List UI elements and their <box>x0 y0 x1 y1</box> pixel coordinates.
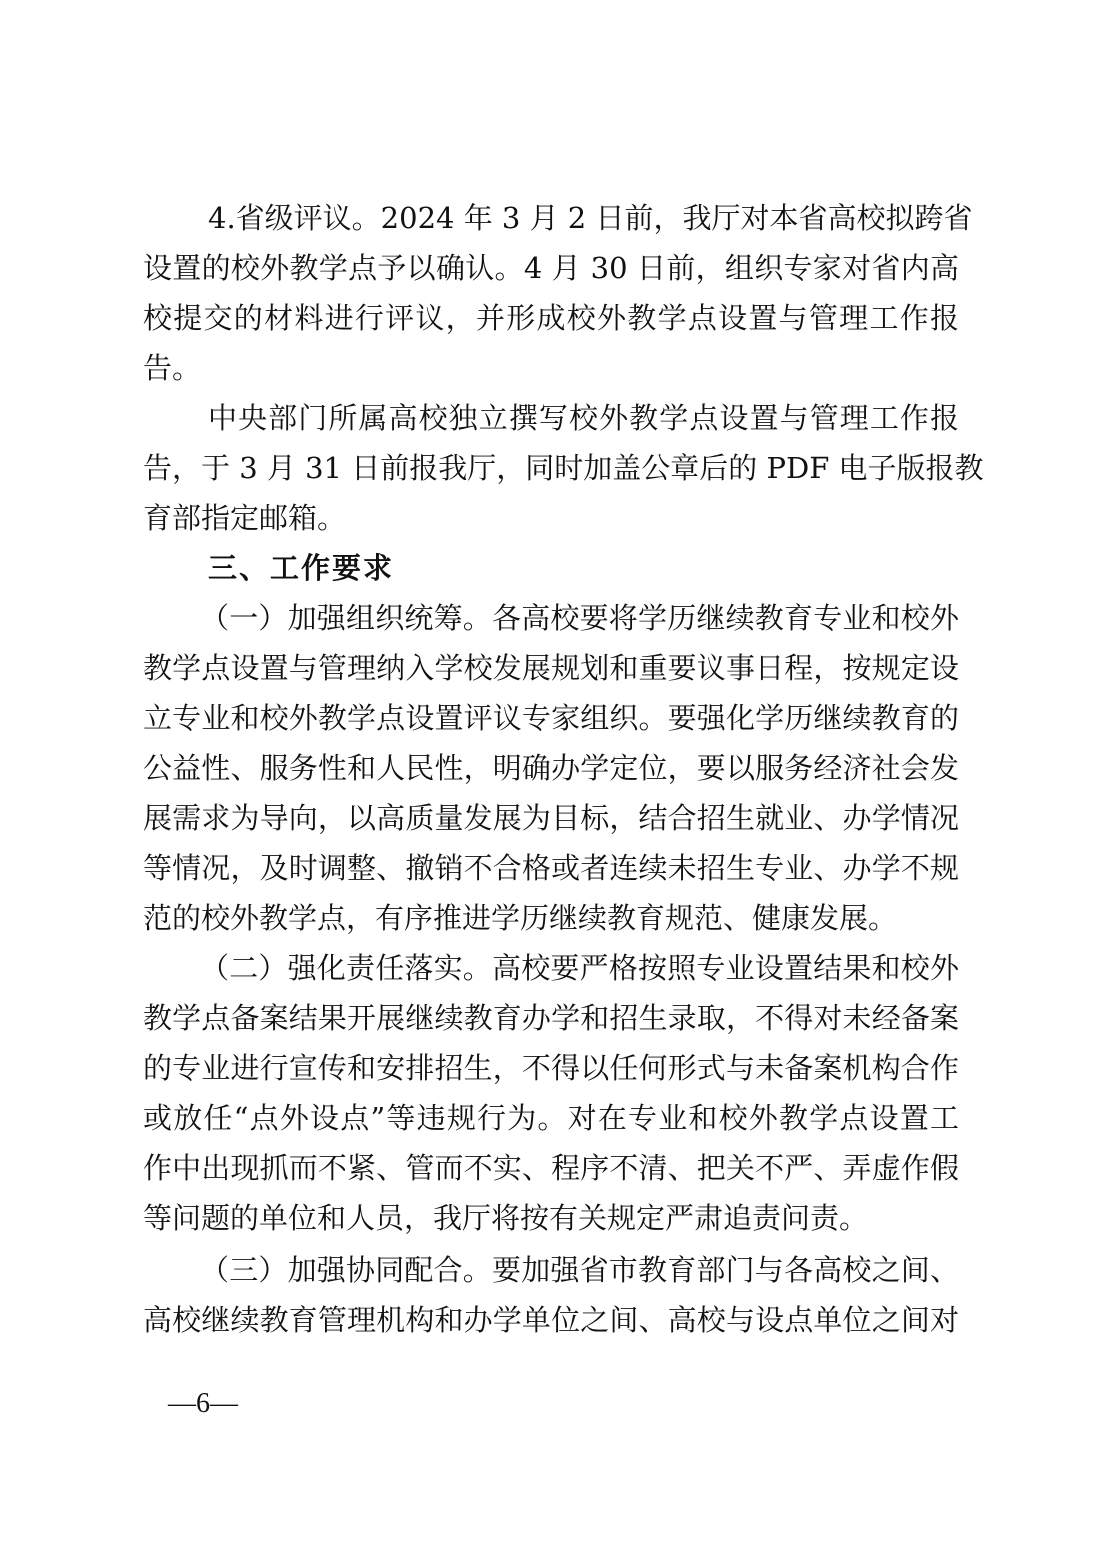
paragraph-line: 4.省级评议。2024 年 3 月 2 日前，我厅对本省高校拟跨省 <box>208 198 959 238</box>
paragraph-line: （三）加强协同配合。要加强省市教育部门与各高校之间、 <box>200 1250 959 1290</box>
paragraph-line: 设置的校外教学点予以确认。4 月 30 日前，组织专家对省内高 <box>143 248 959 288</box>
paragraph-line: 或放任“点外设点”等违规行为。对在专业和校外教学点设置工 <box>143 1098 959 1138</box>
page-number: —6— <box>168 1386 238 1422</box>
paragraph-line: 公益性、服务性和人民性，明确办学定位，要以服务经济社会发 <box>143 748 959 788</box>
paragraph-line: 育部指定邮箱。 <box>143 498 959 538</box>
document-page: 4.省级评议。2024 年 3 月 2 日前，我厅对本省高校拟跨省 设置的校外教… <box>0 0 1102 1559</box>
paragraph-line: 教学点备案结果开展继续教育办学和招生录取，不得对未经备案 <box>143 998 959 1038</box>
paragraph-line: 中央部门所属高校独立撰写校外教学点设置与管理工作报 <box>208 398 959 438</box>
paragraph-line: （一）加强组织统筹。各高校要将学历继续教育专业和校外 <box>200 598 959 638</box>
paragraph-line: 范的校外教学点，有序推进学历继续教育规范、健康发展。 <box>143 898 959 938</box>
paragraph-line: 立专业和校外教学点设置评议专家组织。要强化学历继续教育的 <box>143 698 959 738</box>
paragraph-line: 展需求为导向，以高质量发展为目标，结合招生就业、办学情况 <box>143 798 959 838</box>
paragraph-line: 告。 <box>143 348 959 388</box>
paragraph-line: 校提交的材料进行评议，并形成校外教学点设置与管理工作报 <box>143 298 959 338</box>
paragraph-line: 高校继续教育管理机构和办学单位之间、高校与设点单位之间对 <box>143 1300 959 1340</box>
paragraph-line: 告，于 3 月 31 日前报我厅，同时加盖公章后的 PDF 电子版报教 <box>143 448 959 488</box>
paragraph-line: 作中出现抓而不紧、管而不实、程序不清、把关不严、弄虚作假 <box>143 1148 959 1188</box>
paragraph-line: 等情况，及时调整、撤销不合格或者连续未招生专业、办学不规 <box>143 848 959 888</box>
paragraph-line: 的专业进行宣传和安排招生，不得以任何形式与未备案机构合作 <box>143 1048 959 1088</box>
paragraph-line: 教学点设置与管理纳入学校发展规划和重要议事日程，按规定设 <box>143 648 959 688</box>
section-heading: 三、工作要求 <box>208 548 959 588</box>
paragraph-line: 等问题的单位和人员，我厅将按有关规定严肃追责问责。 <box>143 1198 959 1238</box>
paragraph-line: （二）强化责任落实。高校要严格按照专业设置结果和校外 <box>200 948 959 988</box>
